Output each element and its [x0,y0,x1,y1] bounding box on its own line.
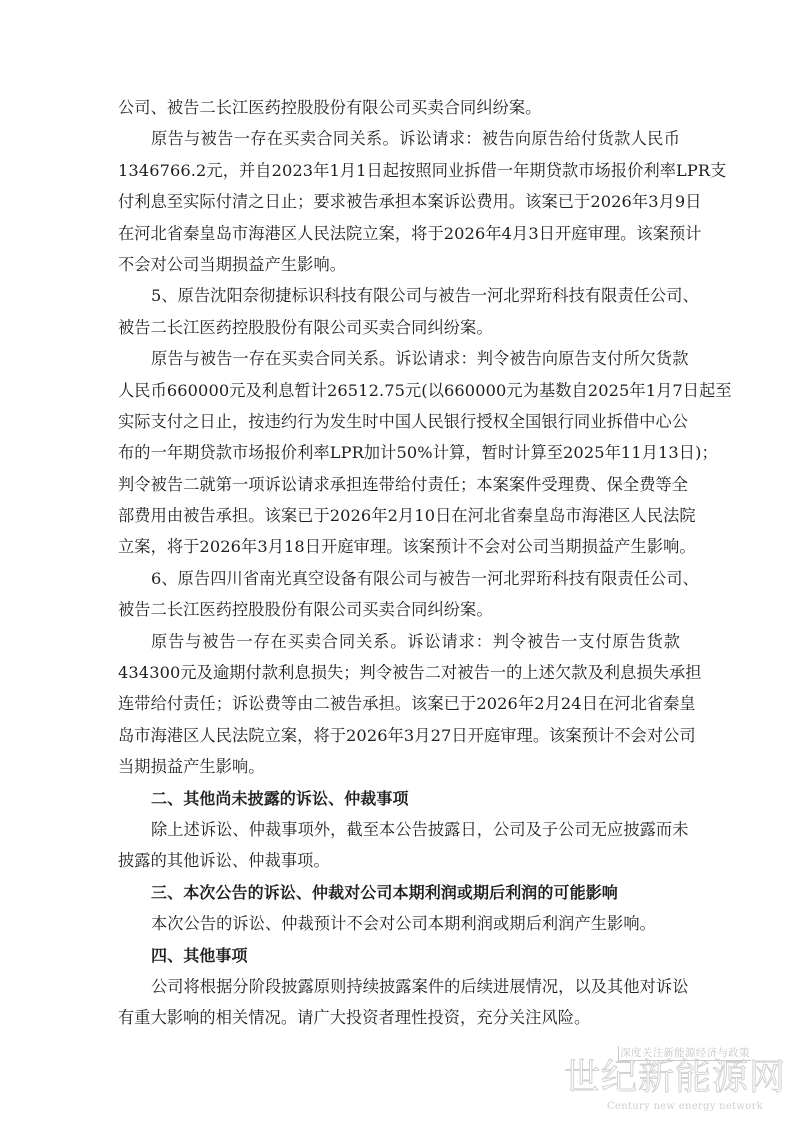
section-heading: 四、其他事项 [118,940,680,971]
paragraph-line: 原告与被告一存在买卖合同关系。诉讼请求：判令被告向原告支付所欠货款 [118,343,680,374]
paragraph-line: 判令被告二就第一项诉讼请求承担连带给付责任；本案案件受理费、保全费等全 [118,469,680,500]
section-heading: 三、本次公告的诉讼、仲裁对公司本期利润或期后利润的可能影响 [118,877,680,908]
paragraph-line: 岛市海港区人民法院立案，将于2026年3月27日开庭审理。该案预计不会对公司 [118,720,680,751]
paragraph-line: 公司、被告二长江医药控股股份有限公司买卖合同纠纷案。 [118,92,680,123]
section-heading: 二、其他尚未披露的诉讼、仲裁事项 [118,783,680,814]
watermark-title: 世纪新能源网 [560,1056,790,1100]
paragraph-line: 部费用由被告承担。该案已于2026年2月10日在河北省秦皇岛市海港区人民法院 [118,500,680,531]
paragraph-line: 除上述诉讼、仲裁事项外，截至本公告披露日，公司及子公司无应披露而未 [118,814,680,845]
paragraph-line: 立案，将于2026年3月18日开庭审理。该案预计不会对公司当期损益产生影响。 [118,531,680,562]
paragraph-line: 连带给付责任；诉讼费等由二被告承担。该案已于2026年2月24日在河北省秦皇 [118,688,680,719]
paragraph-line: 434300元及逾期付款利息损失；判令被告二对被告一的上述欠款及利息损失承担 [118,657,680,688]
paragraph-line: 布的一年期贷款市场报价利率LPR加计50%计算，暂时计算至2025年11月13日… [118,437,680,468]
paragraph-line: 当期损益产生影响。 [118,751,680,782]
paragraph-line: 被告二长江医药控股股份有限公司买卖合同纠纷案。 [118,594,680,625]
paragraph-line: 原告与被告一存在买卖合同关系。诉讼请求：判令被告一支付原告货款 [118,626,680,657]
paragraph-line: 6、原告四川省南光真空设备有限公司与被告一河北羿珩科技有限责任公司、 [118,563,680,594]
paragraph-line: 实际支付之日止，按违约行为发生时中国人民银行授权全国银行同业拆借中心公 [118,406,680,437]
watermark-logo: 深度关注新能源经济与政策 世纪新能源网 Century new energy n… [560,1040,790,1120]
paragraph-line: 披露的其他诉讼、仲裁事项。 [118,845,680,876]
paragraph-line: 不会对公司当期损益产生影响。 [118,249,680,280]
paragraph-line: 1346766.2元，并自2023年1月1日起按照同业拆借一年期贷款市场报价利率… [118,155,680,186]
paragraph-line: 本次公告的诉讼、仲裁预计不会对公司本期利润或期后利润产生影响。 [118,908,680,939]
paragraph-line: 在河北省秦皇岛市海港区人民法院立案，将于2026年4月3日开庭审理。该案预计 [118,218,680,249]
paragraph-line: 原告与被告一存在买卖合同关系。诉讼请求：被告向原告给付货款人民币 [118,123,680,154]
paragraph-line: 有重大影响的相关情况。请广大投资者理性投资，充分关注风险。 [118,1002,680,1033]
paragraph-line: 被告二长江医药控股股份有限公司买卖合同纠纷案。 [118,312,680,343]
paragraph-line: 5、原告沈阳奈彻捷标识科技有限公司与被告一河北羿珩科技有限责任公司、 [118,280,680,311]
paragraph-line: 付利息至实际付清之日止；要求被告承担本案诉讼费用。该案已于2026年3月9日 [118,186,680,217]
watermark-subtitle: Century new energy network [600,1101,770,1112]
paragraph-line: 人民币660000元及利息暂计26512.75元(以660000元为基数自202… [118,375,680,406]
announcement-page: 公司、被告二长江医药控股股份有限公司买卖合同纠纷案。原告与被告一存在买卖合同关系… [118,92,680,1034]
paragraph-line: 公司将根据分阶段披露原则持续披露案件的后续进展情况，以及其他对诉讼 [118,971,680,1002]
